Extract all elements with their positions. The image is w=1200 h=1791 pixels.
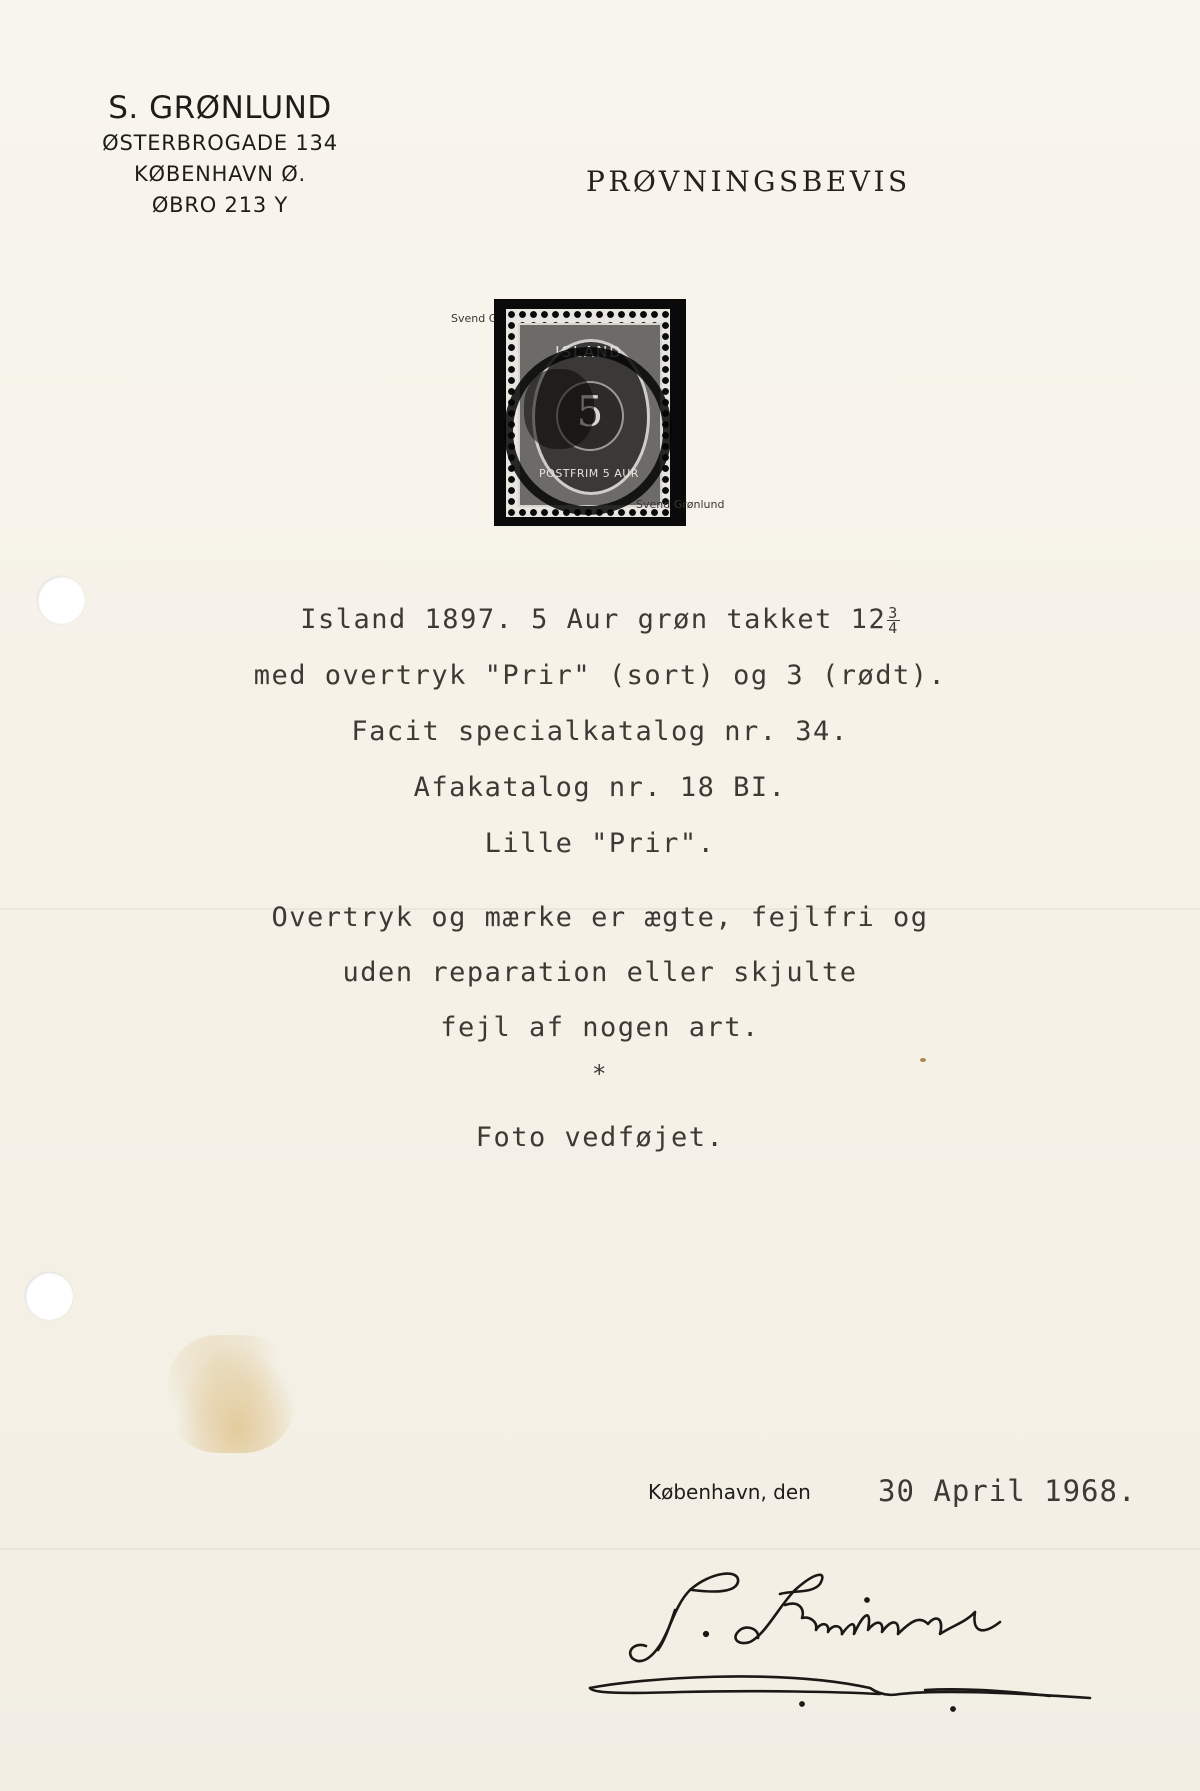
description-line-3: Facit specialkatalog nr. 34. xyxy=(0,716,1200,747)
phone-number: ØBRO 213 Y xyxy=(75,190,365,221)
verdict-line-2: uden reparation eller skjulte xyxy=(0,957,1200,988)
punch-hole xyxy=(25,1272,73,1320)
verdict-line-3: fejl af nogen art. xyxy=(0,1012,1200,1043)
document-date: 30 April 1968. xyxy=(878,1474,1136,1508)
document-title: PRØVNINGSBEVIS xyxy=(586,165,911,198)
signature xyxy=(580,1550,1120,1730)
place-label: København, den xyxy=(648,1480,811,1504)
verdict-line-1: Overtryk og mærke er ægte, fejlfri og xyxy=(0,902,1200,933)
separator-asterisk: * xyxy=(0,1060,1200,1088)
postmark-ink xyxy=(524,369,594,449)
stamp-photo: ISLAND 5 POSTFRIM 5 AUR xyxy=(494,299,686,526)
attachment-note: Foto vedføjet. xyxy=(0,1122,1200,1153)
address-city: KØBENHAVN Ø. xyxy=(75,159,365,190)
letterhead: S. GRØNLUND ØSTERBROGADE 134 KØBENHAVN Ø… xyxy=(75,88,365,221)
description-line-4: Afakatalog nr. 18 BI. xyxy=(0,772,1200,803)
description-line-2: med overtryk "Prir" (sort) og 3 (rødt). xyxy=(0,660,1200,691)
address-street: ØSTERBROGADE 134 xyxy=(75,128,365,159)
description-text: Island 1897. 5 Aur grøn takket 12 xyxy=(300,604,886,635)
fraction-denominator: 4 xyxy=(887,621,900,635)
paper-stain xyxy=(168,1335,294,1453)
perforation-fraction: 34 xyxy=(887,606,900,635)
description-line-1: Island 1897. 5 Aur grøn takket 1234 xyxy=(0,604,1200,635)
company-name: S. GRØNLUND xyxy=(75,88,365,128)
photo-label-bottom: Svend Grønlund xyxy=(636,498,724,511)
description-line-5: Lille "Prir". xyxy=(0,828,1200,859)
